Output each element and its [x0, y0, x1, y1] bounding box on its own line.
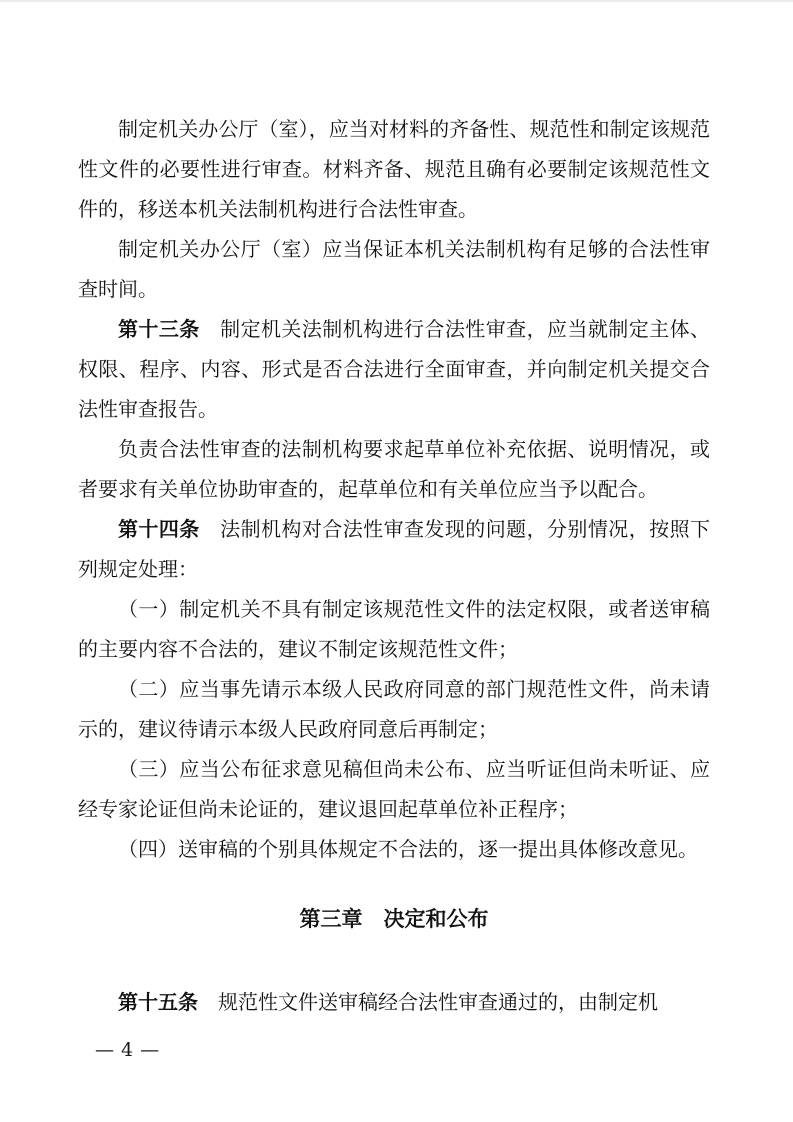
paragraph: （二）应当事先请示本级人民政府同意的部门规范性文件，尚未请示的，建议待请示本级人… — [78, 669, 710, 749]
paragraph: （三）应当公布征求意见稿但尚未公布、应当听证但尚未听证、应经专家论证但尚未论证的… — [78, 749, 710, 829]
paragraph: （一）制定机关不具有制定该规范性文件的法定权限，或者送审稿的主要内容不合法的，建… — [78, 589, 710, 669]
page-footer: — 4 — — [95, 1038, 160, 1062]
paragraph: 制定机关办公厅（室）应当保证本机关法制机构有足够的合法性审查时间。 — [78, 229, 710, 309]
paragraph-text: 制定机关办公厅（室），应当对材料的齐备性、规范性和制定该规范性文件的必要性进行审… — [78, 117, 710, 221]
paragraph: 制定机关办公厅（室），应当对材料的齐备性、规范性和制定该规范性文件的必要性进行审… — [78, 109, 710, 229]
paragraph: 负责合法性审查的法制机构要求起草单位补充依据、说明情况，或者要求有关单位协助审查… — [78, 429, 710, 509]
paragraph: （四）送审稿的个别具体规定不合法的，逐一提出具体修改意见。 — [78, 829, 710, 869]
paragraph-text: （二）应当事先请示本级人民政府同意的部门规范性文件，尚未请示的，建议待请示本级人… — [78, 677, 710, 741]
paragraph-text: 规范性文件送审稿经合法性审查通过的，由制定机 — [198, 990, 658, 1014]
paragraph-text: （四）送审稿的个别具体规定不合法的，逐一提出具体修改意见。 — [118, 837, 698, 861]
document-page: 制定机关办公厅（室），应当对材料的齐备性、规范性和制定该规范性文件的必要性进行审… — [0, 0, 793, 1122]
paragraph-text: 负责合法性审查的法制机构要求起草单位补充依据、说明情况，或者要求有关单位协助审查… — [78, 437, 710, 501]
article-number: 第十五条 — [118, 990, 198, 1014]
paragraph-text: （一）制定机关不具有制定该规范性文件的法定权限，或者送审稿的主要内容不合法的，建… — [78, 597, 710, 661]
paragraph: 第十四条 法制机构对合法性审查发现的问题，分别情况，按照下列规定处理： — [78, 509, 710, 589]
paragraph: 第十五条 规范性文件送审稿经合法性审查通过的，由制定机 — [78, 982, 710, 1022]
article-number: 第十四条 — [118, 517, 200, 541]
paragraph-text: （三）应当公布征求意见稿但尚未公布、应当听证但尚未听证、应经专家论证但尚未论证的… — [78, 757, 710, 821]
paragraph: 第十三条 制定机关法制机构进行合法性审查，应当就制定主体、权限、程序、内容、形式… — [78, 309, 710, 429]
document-body: 制定机关办公厅（室），应当对材料的齐备性、规范性和制定该规范性文件的必要性进行审… — [78, 109, 710, 1022]
chapter-heading: 第三章 决定和公布 — [78, 899, 710, 939]
paragraph-text: 制定机关办公厅（室）应当保证本机关法制机构有足够的合法性审查时间。 — [78, 237, 710, 301]
page-number: — 4 — — [95, 1039, 160, 1061]
chapter-heading-text: 第三章 决定和公布 — [300, 906, 489, 931]
article-number: 第十三条 — [118, 317, 200, 341]
